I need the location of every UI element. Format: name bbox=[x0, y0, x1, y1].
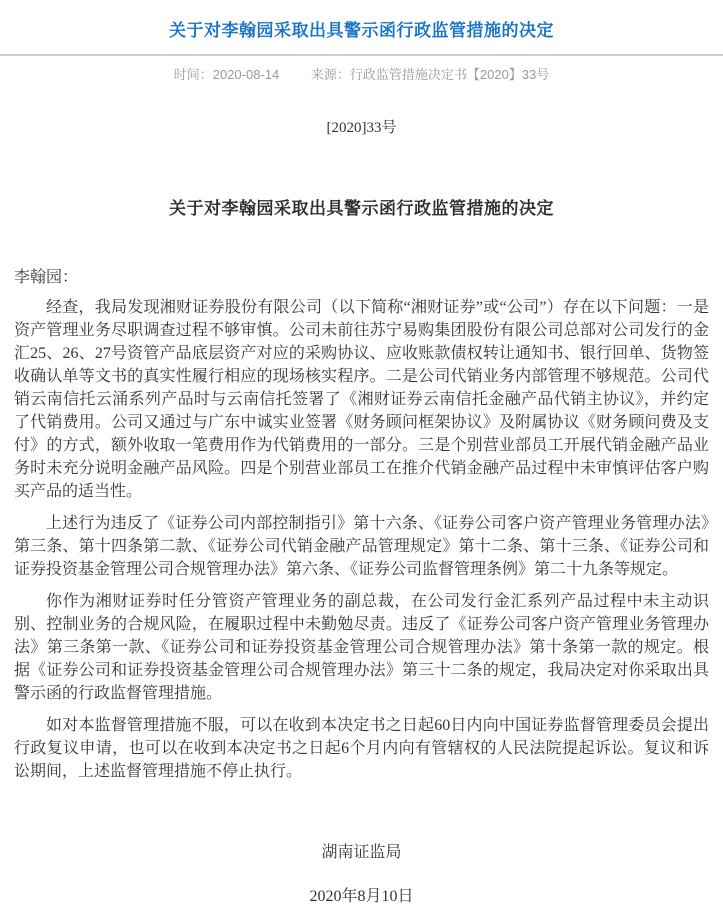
meta-time: 时间：2020-08-14 bbox=[174, 64, 280, 83]
document-page: 关于对李翰园采取出具警示函行政监管措施的决定 时间：2020-08-14 来源：… bbox=[0, 0, 723, 920]
meta-line: 时间：2020-08-14 来源：行政监管措施决定书【2020】33号 bbox=[0, 56, 723, 89]
meta-source-label: 来源： bbox=[311, 67, 350, 82]
document-title: 关于对李翰园采取出具警示函行政监管措施的决定 bbox=[14, 194, 709, 219]
paragraph-findings: 经查，我局发现湘财证券股份有限公司（以下简称“湘财证券”或“公司”）存在以下问题… bbox=[14, 296, 709, 503]
issuing-authority: 湖南证监局 bbox=[14, 839, 709, 862]
salutation: 李翰园： bbox=[14, 264, 709, 287]
document-number: [2020]33号 bbox=[14, 116, 709, 137]
paragraph-violations: 上述行为违反了《证券公司内部控制指引》第十六条、《证券公司客户资产管理业务管理办… bbox=[14, 512, 709, 581]
meta-time-value: 2020-08-14 bbox=[213, 67, 280, 82]
meta-source-value: 行政监管措施决定书【2020】33号 bbox=[350, 67, 549, 82]
issue-date: 2020年8月10日 bbox=[14, 883, 709, 906]
document-body: [2020]33号 关于对李翰园采取出具警示函行政监管措施的决定 李翰园： 经查… bbox=[0, 116, 723, 906]
paragraph-appeal-rights: 如对本监督管理措施不服，可以在收到本决定书之日起60日内向中国证券监督管理委员会… bbox=[14, 714, 709, 783]
page-title: 关于对李翰园采取出具警示函行政监管措施的决定 bbox=[0, 0, 723, 41]
paragraph-personal-responsibility: 你作为湘财证券时任分管资产管理业务的副总裁，在公司发行金汇系列产品过程中未主动识… bbox=[14, 590, 709, 705]
meta-time-label: 时间： bbox=[174, 67, 213, 82]
meta-source: 来源：行政监管措施决定书【2020】33号 bbox=[311, 64, 549, 83]
